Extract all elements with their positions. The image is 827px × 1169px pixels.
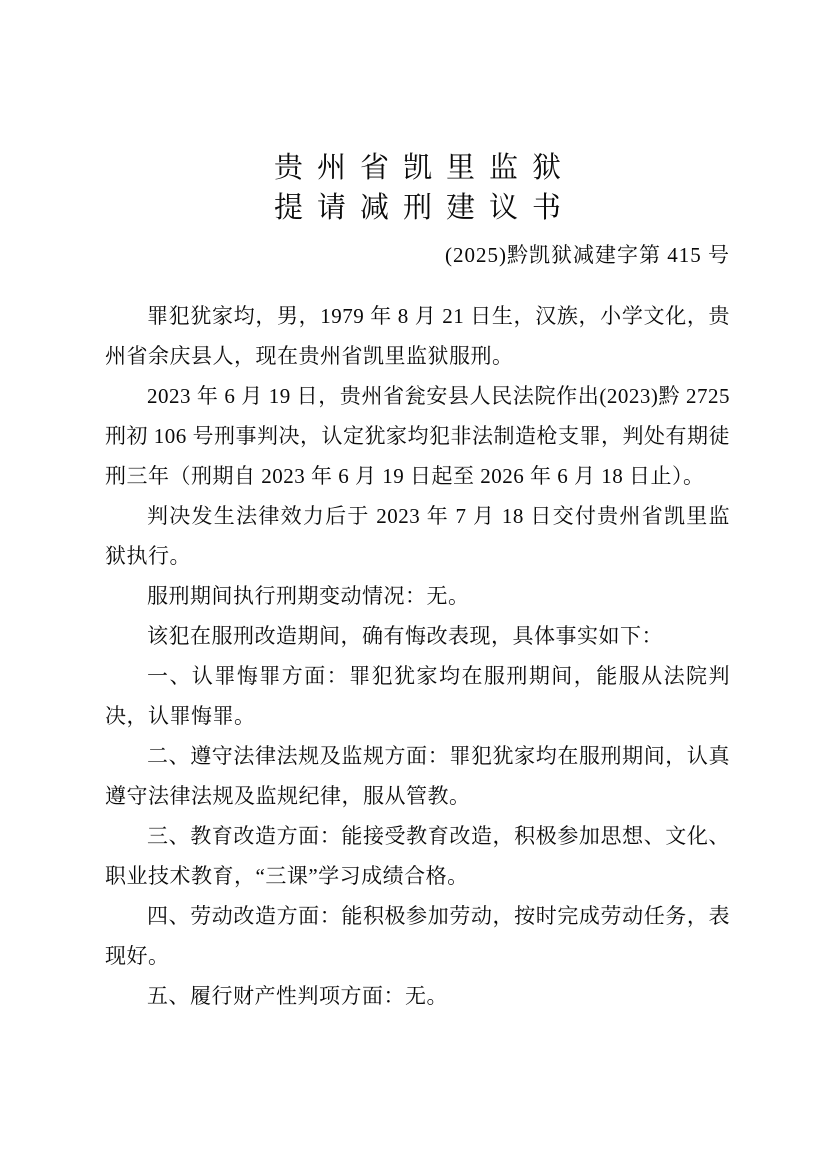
paragraph-item-4-labor: 四、劳动改造方面：能积极参加劳动，按时完成劳动任务，表现好。 xyxy=(105,896,730,976)
title-line-prison-name: 贵州省凯里监狱 xyxy=(119,148,730,188)
document-content: 贵州省凯里监狱 提请减刑建议书 (2025)黔凯狱减建字第 415 号 罪犯犹家… xyxy=(105,148,730,1016)
paragraph-offender-info: 罪犯犹家均，男，1979 年 8 月 21 日生，汉族，小学文化，贵州省余庆县人… xyxy=(105,296,730,376)
paragraph-item-2-obeying-rules: 二、遵守法律法规及监规方面：罪犯犹家均在服刑期间，认真遵守法律法规及监规纪律，服… xyxy=(105,736,730,816)
document-body: 罪犯犹家均，男，1979 年 8 月 21 日生，汉族，小学文化，贵州省余庆县人… xyxy=(105,296,730,1016)
document-page: 贵州省凯里监狱 提请减刑建议书 (2025)黔凯狱减建字第 415 号 罪犯犹家… xyxy=(0,0,827,1169)
paragraph-item-3-education: 三、教育改造方面：能接受教育改造，积极参加思想、文化、职业技术教育，“三课”学习… xyxy=(105,816,730,896)
paragraph-item-1-admitting-guilt: 一、认罪悔罪方面：罪犯犹家均在服刑期间，能服从法院判决，认罪悔罪。 xyxy=(105,656,730,736)
title-line-document-type: 提请减刑建议书 xyxy=(119,188,730,228)
document-title: 贵州省凯里监狱 提请减刑建议书 xyxy=(105,148,730,228)
paragraph-item-5-property-obligations: 五、履行财产性判项方面：无。 xyxy=(105,976,730,1016)
paragraph-term-changes: 服刑期间执行刑期变动情况：无。 xyxy=(105,576,730,616)
document-number: (2025)黔凯狱减建字第 415 号 xyxy=(105,242,730,268)
paragraph-repentance-intro: 该犯在服刑改造期间，确有悔改表现，具体事实如下： xyxy=(105,616,730,656)
paragraph-judgment: 2023 年 6 月 19 日，贵州省瓮安县人民法院作出(2023)黔 2725… xyxy=(105,376,730,496)
paragraph-delivery-to-prison: 判决发生法律效力后于 2023 年 7 月 18 日交付贵州省凯里监狱执行。 xyxy=(105,496,730,576)
